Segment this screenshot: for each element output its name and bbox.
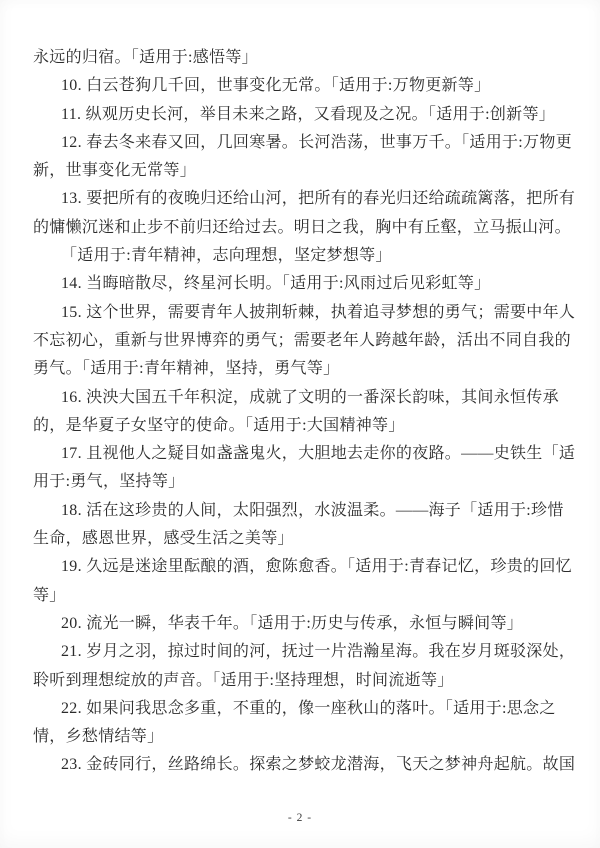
text-line: 永远的归宿。「适用于:感悟等」 [33,44,573,72]
page-number: - 2 - [0,808,600,828]
text-line: 17. 且视他人之疑目如盏盏鬼火，大胆地去走你的夜路。——史铁生「适 [33,440,573,468]
text-line: 13. 要把所有的夜晚归还给山河，把所有的春光归还给疏疏篱落，把所有 [33,185,573,213]
text-line: 15. 这个世界，需要青年人披荆斩棘，执着追寻梦想的勇气；需要中年人 [33,299,573,327]
text-line: 「适用于:青年精神，志向理想，坚定梦想等」 [33,242,573,270]
page-body-text: 永远的归宿。「适用于:感悟等」10. 白云苍狗几千回，世事变化无常。「适用于:万… [33,44,573,780]
text-line: 新，世事变化无常等」 [33,157,573,185]
text-line: 用于:勇气，坚持等」 [33,468,573,496]
text-line: 11. 纵观历史长河，举目未来之路，又看现及之况。「适用于:创新等」 [33,101,573,129]
text-line: 生命，感恩世界，感受生活之美等」 [33,525,573,553]
text-line: 的，是华夏子女坚守的使命。「适用于:大国精神等」 [33,412,573,440]
text-line: 20. 流光一瞬，华表千年。「适用于:历史与传承，永恒与瞬间等」 [33,610,573,638]
text-line: 22. 如果问我思念多重，不重的，像一座秋山的落叶。「适用于:思念之 [33,695,573,723]
text-line: 23. 金砖同行，丝路绵长。探索之梦蛟龙潜海，飞天之梦神舟起航。故国 [33,751,573,779]
text-line: 14. 当晦暗散尽，终星河长明。「适用于:风雨过后见彩虹等」 [33,270,573,298]
text-line: 不忘初心，重新与世界博弈的勇气；需要老年人跨越年龄，活出不同自我的 [33,327,573,355]
text-line: 聆听到理想绽放的声音。「适用于:坚持理想，时间流逝等」 [33,667,573,695]
text-line: 情，乡愁情结等」 [33,723,573,751]
text-line: 勇气。「适用于:青年精神，坚持，勇气等」 [33,355,573,383]
text-line: 19. 久远是迷途里酝酿的酒，愈陈愈香。「适用于:青春记忆，珍贵的回忆 [33,553,573,581]
text-line: 12. 春去冬来春又回，几回寒暑。长河浩荡，世事万千。「适用于:万物更 [33,129,573,157]
text-line: 18. 活在这珍贵的人间，太阳强烈，水波温柔。——海子「适用于:珍惜 [33,497,573,525]
text-line: 16. 泱泱大国五千年积淀，成就了文明的一番深长韵味，其间永恒传承 [33,384,573,412]
text-line: 的慵懒沉迷和止步不前归还给过去。明日之我，胸中有丘壑，立马振山河。 [33,214,573,242]
text-line: 10. 白云苍狗几千回，世事变化无常。「适用于:万物更新等」 [33,72,573,100]
text-line: 21. 岁月之羽，掠过时间的河，抚过一片浩瀚星海。我在岁月斑驳深处， [33,638,573,666]
document-page: 永远的归宿。「适用于:感悟等」10. 白云苍狗几千回，世事变化无常。「适用于:万… [0,0,600,848]
text-line: 等」 [33,582,573,610]
